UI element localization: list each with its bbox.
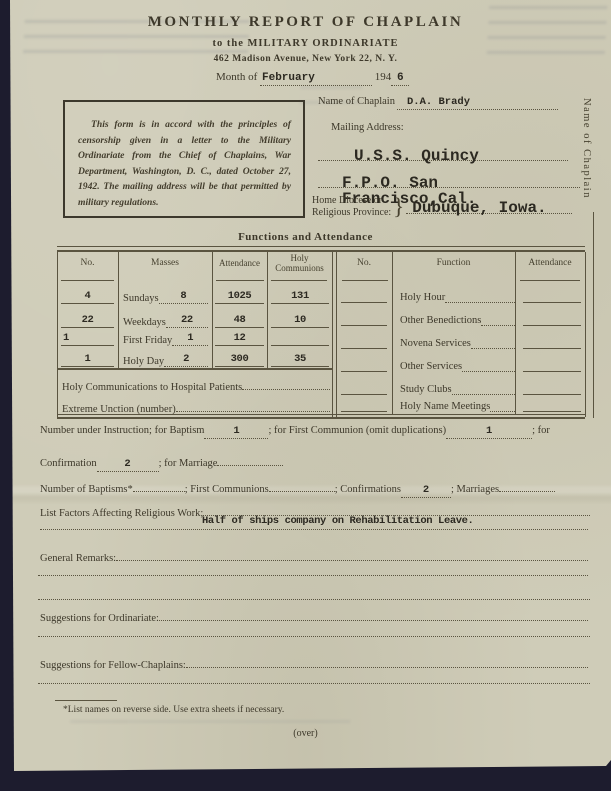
attendance-cell: [523, 325, 581, 326]
month-label: Month of: [216, 71, 257, 83]
mass-count-cell: 1: [61, 333, 114, 346]
general-remarks-line: General Remarks:: [40, 548, 588, 564]
left-table-header-attendance: Attendance: [212, 258, 267, 268]
function-count-cell: [341, 325, 387, 326]
instruction-line-2: Confirmation2; for Marriage: [40, 453, 588, 472]
attendance-cell: [523, 411, 581, 412]
table-row: Study Clubs: [336, 373, 585, 395]
rule: [57, 417, 585, 419]
month-line: Month of February 1946: [216, 71, 409, 86]
name-of-chaplain-line: Name of Chaplain D.A. Brady: [318, 96, 558, 110]
communions-cell: 131: [271, 291, 329, 304]
function-cell: Holy Name Meetings: [392, 401, 519, 412]
mass-typed-value: 8: [159, 291, 208, 304]
left-table-header-communions: Holy Communions: [267, 253, 332, 274]
mass-type-cell: Holy Day 2: [118, 354, 212, 367]
attendance-cell: [523, 371, 581, 372]
rule: [57, 250, 585, 252]
first-communion-field: 1: [446, 426, 532, 439]
ordinariate-label: Suggestions for Ordinariate:: [40, 613, 159, 624]
document-page: MONTHLY REPORT OF CHAPLAIN to the MILITA…: [0, 0, 611, 791]
attendance-cell: [523, 348, 581, 349]
marriage-field: [217, 453, 283, 466]
mass-count-cell: 4: [61, 291, 114, 304]
functions-section-title: Functions and Attendance: [0, 231, 611, 243]
header-address: 462 Madison Avenue, New York 22, N. Y.: [0, 54, 611, 64]
name-of-chaplain-field: D.A. Brady: [397, 97, 558, 110]
table-row: 22 Weekdays 22 48 10: [57, 305, 332, 328]
table-row: 1 First Friday 1 12: [57, 326, 332, 346]
dotted-line: [38, 575, 588, 576]
function-cell: Other Services: [392, 361, 519, 372]
mass-typed-value: 1: [172, 333, 208, 346]
mass-type-cell: Sundays 8: [118, 291, 212, 304]
general-remarks-label: General Remarks:: [40, 553, 116, 564]
blank-field: [481, 325, 515, 326]
censorship-notice-text: This form is in accord with the principl…: [78, 117, 291, 210]
name-of-chaplain-label: Name of Chaplain: [318, 96, 395, 107]
blank-field: [490, 411, 515, 412]
page-title: MONTHLY REPORT OF CHAPLAIN: [0, 14, 611, 31]
home-diocese-field: Dubuque, Iowa.: [406, 200, 572, 214]
table-row: Novena Services: [336, 327, 585, 349]
blank-field: [176, 399, 330, 412]
side-tab-name-of-chaplain: Name of Chaplain: [581, 98, 592, 199]
rule: [585, 252, 586, 417]
month-field: February: [260, 73, 372, 86]
function-cell: Novena Services: [392, 338, 519, 349]
mass-count-cell: 1: [61, 354, 114, 367]
function-count-cell: [341, 302, 387, 303]
function-count-cell: [341, 348, 387, 349]
table-row: Holy Hour: [336, 281, 585, 303]
right-table-header-function: Function: [392, 258, 515, 268]
blank-field: [116, 548, 588, 561]
hospital-patients-line: Holy Communications to Hospital Patients: [62, 377, 330, 393]
table-row: Other Services: [336, 350, 585, 372]
right-table-header-attendance: Attendance: [515, 258, 585, 268]
function-cell: Other Benedictions: [392, 315, 519, 326]
right-table-header-no: No.: [336, 258, 392, 268]
table-row: 1 Holy Day 2 300 35: [57, 347, 332, 367]
ordinariate-line: Suggestions for Ordinariate:: [40, 608, 588, 624]
mailing-address-field-2: F.P.O. San Francisco,Cal.: [318, 175, 580, 188]
mass-type-cell: First Friday 1: [118, 333, 212, 346]
dotted-line: [38, 599, 590, 600]
attendance-cell: [523, 302, 581, 303]
fellow-chaplains-line: Suggestions for Fellow-Chaplains:: [40, 655, 588, 671]
factors-answer: Half of ships company on Rehabilitation …: [202, 515, 473, 527]
blank-field: [186, 655, 588, 668]
marriages-count-field: [499, 479, 555, 492]
footnote-rule: [55, 700, 117, 701]
attendance-cell: 1025: [215, 291, 264, 304]
brace-glyph: }: [393, 194, 404, 220]
rule: [332, 252, 333, 417]
scan-background: MONTHLY REPORT OF CHAPLAIN to the MILITA…: [0, 0, 611, 791]
blank-field: [445, 302, 515, 303]
page-subtitle: to the MILITARY ORDINARIATE: [0, 38, 611, 49]
blank-field: [471, 348, 515, 349]
table-row: Holy Name Meetings: [336, 394, 585, 412]
dotted-line: [38, 683, 590, 684]
year-printed: 194: [375, 71, 392, 83]
function-cell: Holy Hour: [392, 292, 519, 303]
instruction-line-3: Number of Baptisms*; First Communions; C…: [40, 479, 588, 498]
confirmation-field: 2: [97, 459, 159, 472]
communions-cell: [271, 345, 329, 346]
function-count-cell: [341, 411, 387, 412]
mailing-address-field-1: U.S.S. Quincy: [318, 148, 568, 161]
left-table-header-no: No.: [57, 258, 118, 268]
mailing-address-line-1: U.S.S. Quincy: [318, 148, 568, 161]
footnote: *List names on reverse side. Use extra s…: [63, 705, 284, 715]
first-communions-count-field: [269, 479, 335, 492]
factors-label: List Factors Affecting Religious Work;: [40, 508, 203, 519]
rule: [57, 246, 585, 247]
confirmations-count-field: 2: [401, 485, 451, 498]
mass-typed-value: 2: [164, 354, 208, 367]
dotted-line: [38, 636, 590, 637]
rule: [57, 368, 332, 370]
left-table-header-masses: Masses: [118, 258, 212, 268]
mailing-address-label: Mailing Address:: [331, 122, 404, 133]
instruction-line-1: Number under Instruction; for Baptism1; …: [40, 425, 588, 439]
blank-field: [242, 377, 330, 390]
table-row: 4 Sundays 8 1025 131: [57, 281, 332, 304]
attendance-cell: 300: [215, 354, 264, 367]
function-count-cell: [341, 371, 387, 372]
dotted-line: [40, 529, 588, 530]
mailing-address-line-2: F.P.O. San Francisco,Cal.: [318, 175, 580, 188]
blank-field: [159, 608, 588, 621]
attendance-cell: 12: [215, 333, 264, 346]
year-field: 6: [391, 73, 409, 86]
baptism-field: 1: [204, 426, 268, 439]
baptisms-count-field: [133, 479, 185, 492]
fellow-chaplains-label: Suggestions for Fellow-Chaplains:: [40, 660, 186, 671]
home-diocese-line: Home Diocese or Religious Province: } Du…: [312, 194, 572, 220]
extreme-unction-line: Extreme Unction (number): [62, 399, 330, 415]
over-label: (over): [0, 728, 611, 739]
blank-field: [462, 371, 515, 372]
table-row: Other Benedictions: [336, 304, 585, 326]
censorship-notice-box: This form is in accord with the principl…: [63, 100, 305, 218]
communions-cell: 35: [271, 354, 329, 367]
home-diocese-label: Home Diocese or Religious Province:: [312, 195, 391, 220]
